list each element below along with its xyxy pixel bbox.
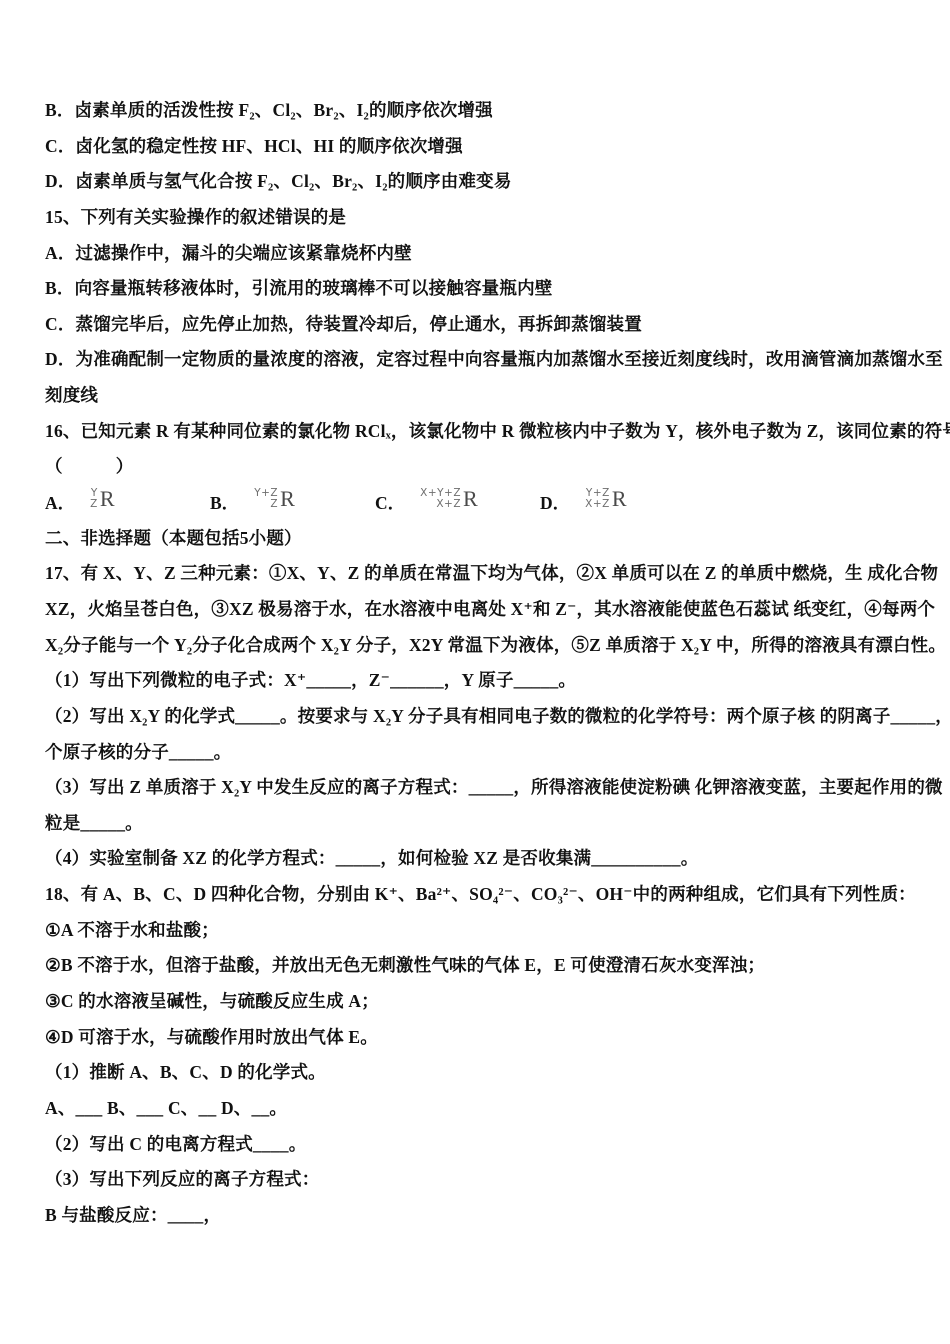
q18-property-1: ①A 不溶于水和盐酸； [0,913,950,949]
isotope-subscript: X+Z [585,499,610,510]
q16-options-row: A． Y Z R B． Y+Z Z R [0,485,950,521]
isotope-scripts: Y+Z X+Z [585,488,610,510]
q16-option-a: A． Y Z R [45,485,115,521]
q18-property-2: ②B 不溶于水，但溶于盐酸，并放出无色无刺激性气味的气体 E，E 可使澄清石灰水… [0,948,950,984]
isotope-formula-b: Y+Z Z R [254,488,295,510]
isotope-subscript: Z [270,499,278,510]
q18-part1-answer-blanks: A、___ B、___ C、__ D、__。 [0,1091,950,1127]
q16-option-a-label: A． [45,490,75,515]
q18-part3-b-reaction: B 与盐酸反应：____， [0,1198,950,1234]
question-15-stem: 15、下列有关实验操作的叙述错误的是 [0,200,950,236]
prev-question-option-c: C．卤化氢的稳定性按 HF、HCl、HI 的顺序依次增强 [0,129,950,165]
isotope-scripts: Y+Z Z [254,488,278,510]
question-16-stem: 16、已知元素 R 有某种同位素的氯化物 RClₓ，该氯化物中 R 微粒核内中子… [0,414,950,450]
q18-part3: （3）写出下列反应的离子方程式： [0,1162,950,1198]
q18-part1: （1）推断 A、B、C、D 的化学式。 [0,1055,950,1091]
q17-part1: （1）写出下列微粒的电子式：X⁺_____，Z⁻______，Y 原子_____… [0,663,950,699]
question-17-stem-line2: XZ，火焰呈苍白色，③XZ 极易溶于水，在水溶液中电离处 X⁺和 Z⁻，其水溶液… [0,592,950,628]
q17-part2-line2: 个原子核的分子_____。 [0,735,950,771]
q16-option-d-label: D． [540,490,570,515]
q16-option-b: B． Y+Z Z R [210,485,295,521]
question-18-stem: 18、有 A、B、C、D 四种化合物，分别由 K⁺、Ba²⁺、SO₄²⁻、CO₃… [0,877,950,913]
q18-property-3: ③C 的水溶液呈碱性，与硫酸反应生成 A； [0,984,950,1020]
q15-option-d-continued: 刻度线 [0,378,950,414]
q15-option-b: B．向容量瓶转移液体时，引流用的玻璃棒不可以接触容量瓶内壁 [0,271,950,307]
exam-document-page: B．卤素单质的活泼性按 F₂、Cl₂、Br₂、I₂的顺序依次增强 C．卤化氢的稳… [0,0,950,1344]
q17-part3-line1: （3）写出 Z 单质溶于 X₂Y 中发生反应的离子方程式：_____，所得溶液能… [0,770,950,806]
question-17-stem-line1: 17、有 X、Y、Z 三种元素：①X、Y、Z 的单质在常温下均为气体，②X 单质… [0,556,950,592]
q16-answer-brackets: （ ） [0,449,950,485]
isotope-subscript: Z [90,499,98,510]
isotope-formula-d: Y+Z X+Z R [585,488,626,510]
element-symbol: R [100,488,115,510]
prev-question-option-d: D．卤素单质与氢气化合按 F₂、Cl₂、Br₂、I₂的顺序由难变易 [0,164,950,200]
q15-option-d: D．为准确配制一定物质的量浓度的溶液，定容过程中向容量瓶内加蒸馏水至接近刻度线时… [0,342,950,378]
q15-option-a: A．过滤操作中，漏斗的尖端应该紧靠烧杯内壁 [0,236,950,272]
q18-part2: （2）写出 C 的电离方程式____。 [0,1127,950,1163]
isotope-scripts: Y Z [90,488,98,510]
element-symbol: R [280,488,295,510]
q17-part3-line2: 粒是_____。 [0,806,950,842]
q17-part2-line1: （2）写出 X₂Y 的化学式_____。按要求与 X₂Y 分子具有相同电子数的微… [0,699,950,735]
question-17-stem-line3: X₂分子能与一个 Y₂分子化合成两个 X₂Y 分子，X2Y 常温下为液体，⑤Z … [0,628,950,664]
isotope-subscript: X+Z [436,499,461,510]
element-symbol: R [463,488,478,510]
exam-content: B．卤素单质的活泼性按 F₂、Cl₂、Br₂、I₂的顺序依次增强 C．卤化氢的稳… [0,0,950,1234]
prev-question-option-b: B．卤素单质的活泼性按 F₂、Cl₂、Br₂、I₂的顺序依次增强 [0,93,950,129]
q15-option-c: C．蒸馏完毕后，应先停止加热，待装置冷却后，停止通水，再拆卸蒸馏装置 [0,307,950,343]
q16-option-c-label: C． [375,490,405,515]
isotope-formula-a: Y Z R [90,488,114,510]
isotope-scripts: X+Y+Z X+Z [420,488,461,510]
q18-property-4: ④D 可溶于水，与硫酸作用时放出气体 E。 [0,1020,950,1056]
q16-option-d: D． Y+Z X+Z R [540,485,627,521]
element-symbol: R [612,488,627,510]
section-heading-non-choice: 二、非选择题（本题包括5小题） [0,521,950,557]
q17-part4: （4）实验室制备 XZ 的化学方程式：_____，如何检验 XZ 是否收集满__… [0,841,950,877]
q16-option-c: C． X+Y+Z X+Z R [375,485,478,521]
q16-option-b-label: B． [210,490,239,515]
isotope-formula-c: X+Y+Z X+Z R [420,488,478,510]
